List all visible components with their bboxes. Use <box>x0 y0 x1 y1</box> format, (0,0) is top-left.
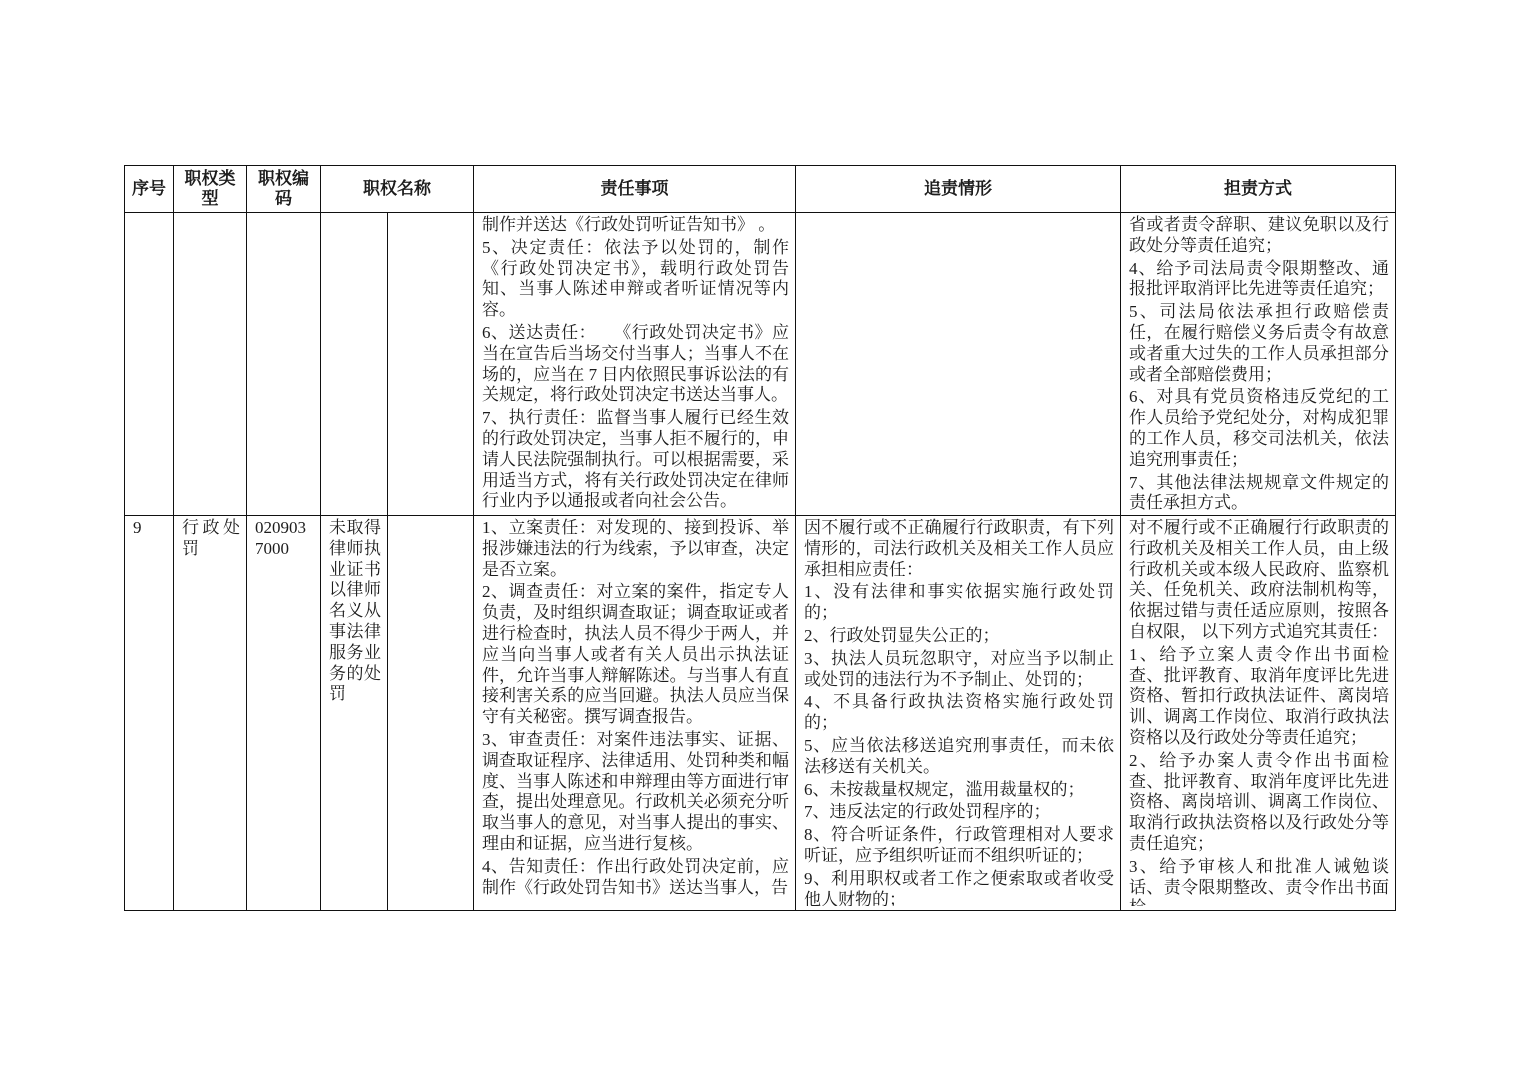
cell-code: 0209037000 <box>247 516 321 911</box>
cell-name <box>321 213 388 516</box>
cell-type <box>174 213 247 516</box>
paragraph: 2、行政处罚显失公正的； <box>804 626 1114 647</box>
paragraph: 1、立案责任：对发现的、接到投诉、举报涉嫌违法的行为线索，予以审查，决定是否立案… <box>482 518 789 580</box>
accountability-text: 因不履行或不正确履行行政职责，有下列情形的，司法行政机关及相关工作人员应承担相应… <box>804 518 1114 906</box>
cell-duties: 1、立案责任：对发现的、接到投诉、举报涉嫌违法的行为线索，予以审查，决定是否立案… <box>474 516 796 911</box>
duty-text: 1、立案责任：对发现的、接到投诉、举报涉嫌违法的行为线索，予以审查，决定是否立案… <box>482 518 789 899</box>
col-header-code: 职权编码 <box>247 166 321 213</box>
cell-seq <box>125 213 174 516</box>
paragraph: 6、对具有党员资格违反党纪的工作人员给予党纪处分，对构成犯罪的工作人员，移交司法… <box>1129 387 1389 470</box>
header-row: 序号 职权类型 职权编码 职权名称 责任事项 追责情形 担责方式 <box>125 166 1396 213</box>
paragraph: 6、未按裁量权规定，滥用裁量权的； <box>804 780 1114 801</box>
cell-type: 行政处罚 <box>174 516 247 911</box>
row-9: 9 行政处罚 0209037000 未取得律师执业证书以律师名义从事法律服务业务… <box>125 516 1396 911</box>
liability-text: 对不履行或不正确履行行政职责的行政机关及相关工作人员，由上级行政机关或本级人民政… <box>1129 518 1389 906</box>
paragraph: 7、违反法定的行政处罚程序的； <box>804 802 1114 823</box>
paragraph: 7、执行责任：监督当事人履行已经生效的行政处罚决定，当事人拒不履行的，申请人民法… <box>482 408 789 512</box>
paragraph: 1、没有法律和事实依据实施行政处罚的； <box>804 582 1114 624</box>
document-page: 序号 职权类型 职权编码 职权名称 责任事项 追责情形 担责方式 制作并送达《行… <box>0 0 1520 1074</box>
paragraph: 8、符合听证条件，行政管理相对人要求听证，应予组织听证而不组织听证的； <box>804 825 1114 867</box>
col-header-type: 职权类型 <box>174 166 247 213</box>
paragraph: 9、利用职权或者工作之便索取或者收受他人财物的； <box>804 869 1114 906</box>
col-header-duty: 责任事项 <box>474 166 796 213</box>
paragraph: 因不履行或不正确履行行政职责，有下列情形的，司法行政机关及相关工作人员应承担相应… <box>804 518 1114 580</box>
liability-text: 省或者责令辞职、建议免职以及行政处分等责任追究；4、给予司法局责令限期整改、通报… <box>1129 215 1389 512</box>
paragraph: 2、给予办案人责令作出书面检查、批评教育、取消年度评比先进资格、离岗培训、调离工… <box>1129 751 1389 855</box>
col-header-name: 职权名称 <box>321 166 474 213</box>
paragraph: 2、调查责任：对立案的案件，指定专人负责，及时组织调查取证；调查取证或者进行检查… <box>482 582 789 728</box>
cell-name-extra <box>388 213 474 516</box>
paragraph: 3、审查责任：对案件违法事实、证据、调查取证程序、法律适用、处罚种类和幅度、当事… <box>482 730 789 855</box>
paragraph: 省或者责令辞职、建议免职以及行政处分等责任追究； <box>1129 215 1389 257</box>
duty-text: 制作并送达《行政处罚听证告知书》 。5、决定责任：依法予以处罚的，制作《行政处罚… <box>482 215 789 512</box>
col-header-liability: 担责方式 <box>1121 166 1396 213</box>
cell-name-extra <box>388 516 474 911</box>
paragraph: 5、决定责任：依法予以处罚的，制作《行政处罚决定书》，载明行政处罚告知、当事人陈… <box>482 238 789 321</box>
col-header-seq: 序号 <box>125 166 174 213</box>
cell-name: 未取得律师执业证书以律师名义从事法律服务业务的处罚 <box>321 516 388 911</box>
paragraph: 3、执法人员玩忽职守，对应当予以制止或处罚的违法行为不予制止、处罚的； <box>804 649 1114 691</box>
col-header-accountability: 追责情形 <box>796 166 1121 213</box>
cell-liability: 省或者责令辞职、建议免职以及行政处分等责任追究；4、给予司法局责令限期整改、通报… <box>1121 213 1396 516</box>
cell-duties: 制作并送达《行政处罚听证告知书》 。5、决定责任：依法予以处罚的，制作《行政处罚… <box>474 213 796 516</box>
paragraph: 6、送达责任： 《行政处罚决定书》应当在宣告后当场交付当事人；当事人不在场的，应… <box>482 323 789 406</box>
paragraph: 1、给予立案人责令作出书面检查、批评教育、取消年度评比先进资格、暂扣行政执法证件… <box>1129 645 1389 749</box>
cell-liability: 对不履行或不正确履行行政职责的行政机关及相关工作人员，由上级行政机关或本级人民政… <box>1121 516 1396 911</box>
paragraph: 3、给予审核人和批准人诫勉谈话、责令限期整改、责令作出书面检 <box>1129 857 1389 906</box>
paragraph: 制作并送达《行政处罚听证告知书》 。 <box>482 215 789 236</box>
cell-accountability <box>796 213 1121 516</box>
paragraph: 4、给予司法局责令限期整改、通报批评取消评比先进等责任追究； <box>1129 259 1389 301</box>
paragraph: 对不履行或不正确履行行政职责的行政机关及相关工作人员，由上级行政机关或本级人民政… <box>1129 518 1389 643</box>
paragraph: 4、告知责任：作出行政处罚决定前，应制作《行政处罚告知书》送达当事人，告 <box>482 857 789 899</box>
paragraph: 5、司法局依法承担行政赔偿责任，在履行赔偿义务后责令有故意或者重大过失的工作人员… <box>1129 302 1389 385</box>
paragraph: 5、应当依法移送追究刑事责任，而未依法移送有关机关。 <box>804 736 1114 778</box>
cell-seq: 9 <box>125 516 174 911</box>
paragraph: 4、不具备行政执法资格实施行政处罚的； <box>804 692 1114 734</box>
paragraph: 7、其他法律法规规章文件规定的责任承担方式。 <box>1129 473 1389 512</box>
power-responsibility-table: 序号 职权类型 职权编码 职权名称 责任事项 追责情形 担责方式 制作并送达《行… <box>124 165 1396 911</box>
cell-accountability: 因不履行或不正确履行行政职责，有下列情形的，司法行政机关及相关工作人员应承担相应… <box>796 516 1121 911</box>
row-continuation: 制作并送达《行政处罚听证告知书》 。5、决定责任：依法予以处罚的，制作《行政处罚… <box>125 213 1396 516</box>
cell-code <box>247 213 321 516</box>
